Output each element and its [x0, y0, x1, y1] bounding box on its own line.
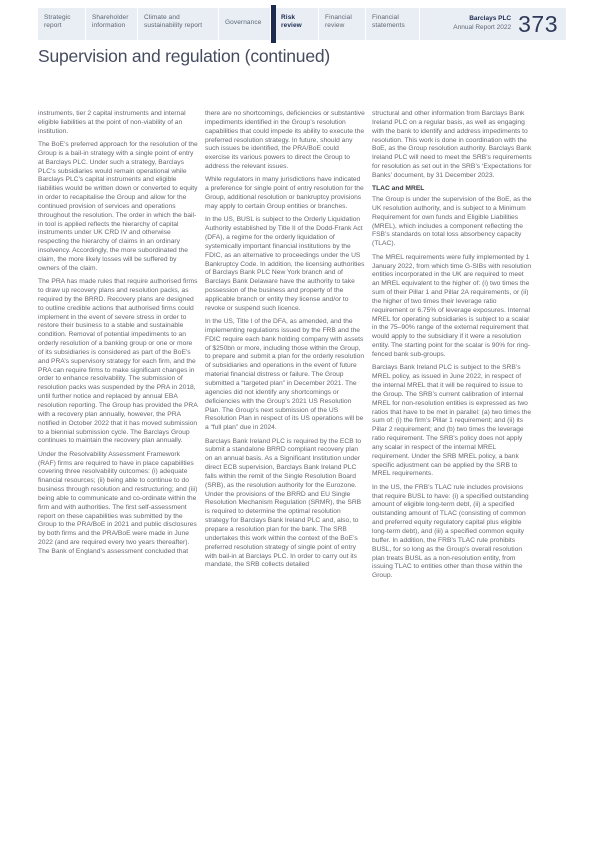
paragraph: The PRA has made rules that require auth…: [38, 278, 198, 446]
text-column-2: there are no shortcomings, deficiencies …: [205, 110, 365, 586]
active-tab-marker: [271, 5, 276, 43]
paragraph: In the US, BUSL is subject to the Orderl…: [205, 216, 365, 313]
paragraph: The BoE’s preferred approach for the res…: [38, 141, 198, 274]
page-title: Supervision and regulation (continued): [38, 46, 330, 67]
paragraph: While regulators in many jurisdictions h…: [205, 176, 365, 211]
section-tab[interactable]: Governance: [219, 8, 270, 40]
section-tab-label: Strategic report: [44, 14, 71, 29]
section-tab-label: Climate and sustainability report: [144, 14, 202, 29]
paragraph: TLAC and MREL: [372, 185, 532, 194]
paragraph: instruments, tier 2 capital instruments …: [38, 110, 198, 137]
paragraph: The MREL requirements were fully impleme…: [372, 254, 532, 360]
section-tab[interactable]: Risk review: [271, 8, 318, 40]
section-tab-label: Governance: [225, 19, 261, 26]
paragraph: structural and other information from Ba…: [372, 110, 532, 181]
section-tab[interactable]: Shareholder information: [86, 8, 137, 40]
section-tab[interactable]: Strategic report: [38, 8, 85, 40]
text-column-3: structural and other information from Ba…: [372, 110, 532, 586]
section-tab[interactable]: Climate and sustainability report: [138, 8, 218, 40]
paragraph: The Group is under the supervision of th…: [372, 196, 532, 249]
paragraph: Barclays Bank Ireland PLC is subject to …: [372, 364, 532, 479]
paragraph: there are no shortcomings, deficiencies …: [205, 110, 365, 172]
brand-name: Barclays PLC: [453, 15, 511, 24]
report-nav-band: Strategic report Shareholder information…: [38, 8, 566, 40]
section-tab[interactable]: Financial review: [319, 8, 365, 40]
paragraph: In the US, Title I of the DFA, as amende…: [205, 318, 365, 433]
paragraph: Under the Resolvability Assessment Frame…: [38, 451, 198, 557]
paragraph: Barclays Bank Ireland PLC is required by…: [205, 438, 365, 571]
paragraph: In the US, the FRB’s TLAC rule includes …: [372, 484, 532, 581]
brand-cell: Barclays PLC Annual Report 2022 373: [420, 8, 566, 40]
section-tab-label: Shareholder information: [92, 14, 129, 29]
page-number: 373: [518, 11, 558, 38]
body-columns: instruments, tier 2 capital instruments …: [38, 110, 532, 586]
section-tab-label: Financial review: [325, 14, 352, 29]
report-name: Annual Report 2022: [453, 24, 511, 33]
brand-text: Barclays PLC Annual Report 2022: [453, 15, 511, 33]
section-tab[interactable]: Financial statements: [366, 8, 419, 40]
text-column-1: instruments, tier 2 capital instruments …: [38, 110, 198, 586]
report-page: Strategic report Shareholder information…: [0, 0, 600, 849]
section-tab-label: Risk review: [281, 14, 302, 29]
section-tab-label: Financial statements: [372, 14, 405, 29]
section-tabs: Strategic report Shareholder information…: [38, 8, 419, 40]
